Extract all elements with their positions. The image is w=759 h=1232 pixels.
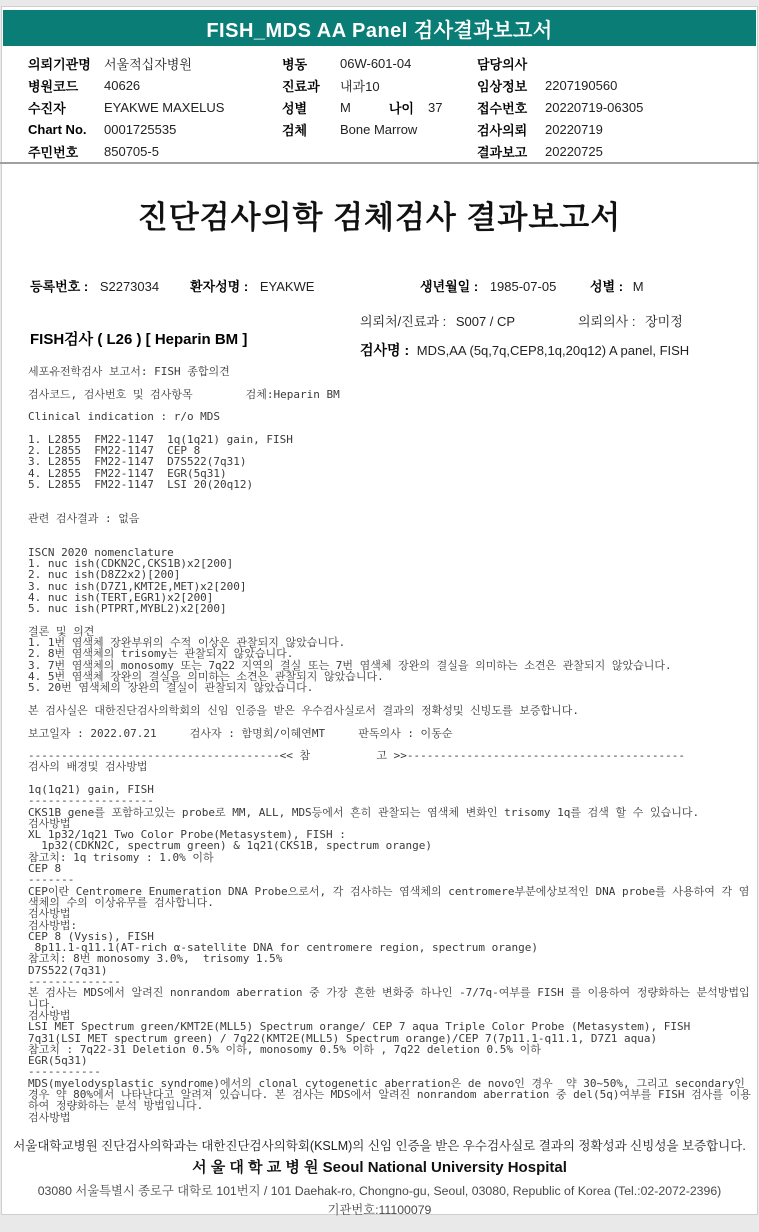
info-value: 서울적십자병원 bbox=[104, 54, 192, 73]
info-row: 주민번호 850705-5 bbox=[28, 140, 224, 162]
info-row: Chart No. 0001725535 bbox=[28, 118, 224, 140]
patient-info-col1: 의뢰기관명 서울적십자병원 병원코드 40626 수진자 EYAKWE MAXE… bbox=[28, 52, 224, 162]
referral-dept: 의뢰처/진료과 : S007 / CP bbox=[360, 311, 515, 330]
info-value: 20220719 bbox=[545, 122, 603, 137]
info-label: 검체 bbox=[282, 120, 340, 139]
info-row: 검사의뢰 20220719 bbox=[477, 118, 643, 140]
info-label: Chart No. bbox=[28, 122, 104, 137]
main-report-title: 진단검사의학 검체검사 결과보고서 bbox=[0, 192, 759, 237]
report-body-text: 세포유전학검사 보고서: FISH 종합의견 검사코드, 검사번호 및 검사항목… bbox=[28, 366, 754, 1123]
patient-name-label: 환자성명 : bbox=[190, 279, 248, 294]
sex-label: 성별 : bbox=[590, 279, 623, 294]
info-row: 병원코드 40626 bbox=[28, 74, 224, 96]
info-value: 850705-5 bbox=[104, 144, 159, 159]
report-page: FISH_MDS AA Panel 검사결과보고서 의뢰기관명 서울적십자병원 … bbox=[0, 0, 759, 1232]
info-label: 병원코드 bbox=[28, 76, 104, 95]
info-row: 의뢰기관명 서울적십자병원 bbox=[28, 52, 224, 74]
info-value: 40626 bbox=[104, 78, 140, 93]
info-row: 결과보고 20220725 bbox=[477, 140, 643, 162]
sex: 성별 : M bbox=[590, 276, 644, 295]
birth-date: 생년월일 : 1985-07-05 bbox=[420, 276, 556, 295]
registration-number-value: S2273034 bbox=[100, 279, 159, 294]
info-value: 0001725535 bbox=[104, 122, 176, 137]
registration-number: 등록번호 : S2273034 bbox=[30, 276, 159, 295]
patient-info-col3: 담당의사 임상정보 2207190560 접수번호 20220719-06305… bbox=[477, 52, 643, 162]
info-label: 성별 bbox=[282, 98, 340, 117]
report-header-title: FISH_MDS AA Panel 검사결과보고서 bbox=[206, 14, 552, 43]
patient-info-col2: 병동 06W-601-04 진료과 내과10 성별 M 나이 37 검체 Bon… bbox=[282, 52, 442, 140]
info-value: Bone Marrow bbox=[340, 122, 417, 137]
info-value: 2207190560 bbox=[545, 78, 617, 93]
section-divider bbox=[0, 162, 759, 164]
footer-hospital-name: 서 울 대 학 교 병 원 Seoul National University … bbox=[0, 1156, 759, 1177]
info-label: 접수번호 bbox=[477, 98, 545, 117]
info-label: 결과보고 bbox=[477, 142, 545, 161]
info-value: 20220719-06305 bbox=[545, 100, 643, 115]
footer-accreditation: 서울대학교병원 진단검사의학과는 대한진단검사의학회(KSLM)의 신임 인증을… bbox=[0, 1136, 759, 1154]
referral-doctor: 의뢰의사 : 장미정 bbox=[578, 311, 683, 330]
referral-dept-value: S007 / CP bbox=[456, 314, 515, 329]
info-row: 병동 06W-601-04 bbox=[282, 52, 442, 74]
fish-section-title: FISH검사 ( L26 ) [ Heparin BM ] bbox=[30, 328, 247, 349]
referral-doctor-value: 장미정 bbox=[645, 314, 683, 329]
info-value: EYAKWE MAXELUS bbox=[104, 100, 224, 115]
info-value-age: 37 bbox=[428, 100, 442, 115]
info-value: 내과10 bbox=[340, 76, 380, 95]
footer-address: 03080 서울특별시 종로구 대학로 101번지 / 101 Daehak-r… bbox=[0, 1181, 759, 1199]
info-row: 검체 Bone Marrow bbox=[282, 118, 442, 140]
patient-name-value: EYAKWE bbox=[260, 279, 315, 294]
info-row: 접수번호 20220719-06305 bbox=[477, 96, 643, 118]
info-value: M bbox=[340, 100, 351, 115]
test-name-label: 검사명 : bbox=[360, 342, 409, 358]
info-label-age: 나이 bbox=[389, 98, 414, 117]
info-label: 주민번호 bbox=[28, 142, 104, 161]
report-header-bar: FISH_MDS AA Panel 검사결과보고서 bbox=[3, 10, 756, 46]
test-name-value: MDS,AA (5q,7q,CEP8,1q,20q12) A panel, FI… bbox=[417, 343, 689, 358]
referral-dept-label: 의뢰처/진료과 : bbox=[360, 314, 446, 329]
referral-doctor-label: 의뢰의사 : bbox=[578, 314, 635, 329]
info-label: 병동 bbox=[282, 54, 340, 73]
info-label: 수진자 bbox=[28, 98, 104, 117]
patient-name: 환자성명 : EYAKWE bbox=[190, 276, 314, 295]
info-label: 의뢰기관명 bbox=[28, 54, 104, 73]
info-row: 진료과 내과10 bbox=[282, 74, 442, 96]
info-row: 수진자 EYAKWE MAXELUS bbox=[28, 96, 224, 118]
info-value: 20220725 bbox=[545, 144, 603, 159]
sex-value: M bbox=[633, 279, 644, 294]
info-label: 임상정보 bbox=[477, 76, 545, 95]
birth-date-value: 1985-07-05 bbox=[490, 279, 557, 294]
info-row: 담당의사 bbox=[477, 52, 643, 74]
info-label: 담당의사 bbox=[477, 54, 545, 73]
info-label: 검사의뢰 bbox=[477, 120, 545, 139]
footer-org-number: 기관번호:11100079 bbox=[0, 1200, 759, 1218]
info-value: 06W-601-04 bbox=[340, 56, 411, 71]
info-row: 임상정보 2207190560 bbox=[477, 74, 643, 96]
info-row-sex-age: 성별 M 나이 37 bbox=[282, 96, 442, 118]
birth-date-label: 생년월일 : bbox=[420, 279, 478, 294]
test-name: 검사명 : MDS,AA (5q,7q,CEP8,1q,20q12) A pan… bbox=[360, 340, 689, 360]
registration-number-label: 등록번호 : bbox=[30, 279, 88, 294]
info-label: 진료과 bbox=[282, 76, 340, 95]
